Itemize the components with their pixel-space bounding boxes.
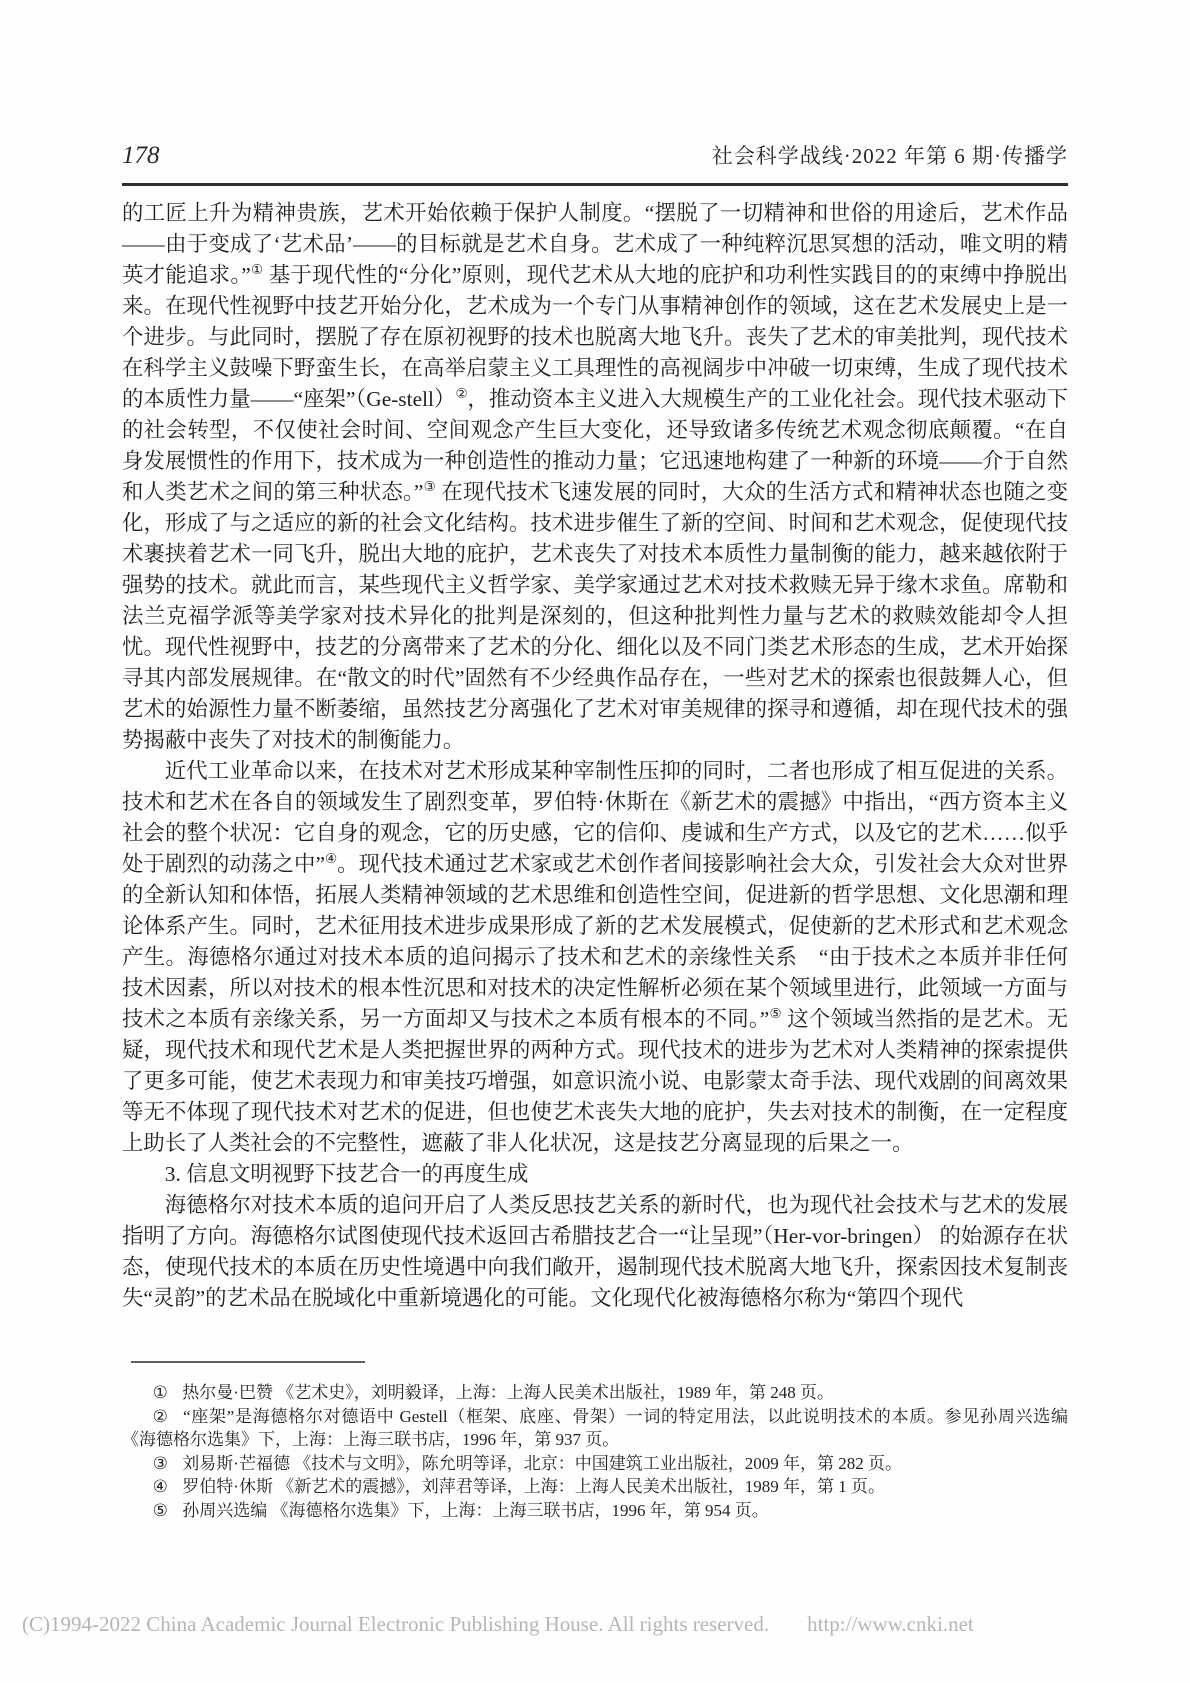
- page-header: 178 社会科学战线·2022 年第 6 期·传播学: [122, 140, 1068, 170]
- header-rule: [122, 183, 1068, 186]
- footnote-item: ②“座架”是海德格尔对德语中 Gestell（框架、底座、骨架）一词的特定用法，…: [122, 1405, 1068, 1452]
- article-body: 的工匠上升为精神贵族，艺术开始依赖于保护人制度。“摆脱了一切精神和世俗的用途后，…: [122, 198, 1068, 1314]
- footnotes-section: ①热尔曼·巴赞 《艺术史》，刘明毅译，上海：上海人民美术出版社，1989 年，第…: [122, 1381, 1068, 1522]
- watermark-copyright: (C)1994-2022 China Academic Journal Elec…: [22, 1612, 769, 1636]
- footnote-ref: ⑤: [769, 1006, 781, 1021]
- footnote-marker: ③: [153, 1454, 183, 1473]
- paragraph: 的工匠上升为精神贵族，艺术开始依赖于保护人制度。“摆脱了一切精神和世俗的用途后，…: [122, 198, 1068, 756]
- footnote-ref: ①: [251, 262, 263, 277]
- footnote-item: ③刘易斯·芒福德 《技术与文明》，陈允明等译，北京：中国建筑工业出版社，2009…: [122, 1452, 1068, 1476]
- footnote-item: ⑤孙周兴选编 《海德格尔选集》下，上海：上海三联书店，1996 年，第 954 …: [122, 1499, 1068, 1523]
- footnote-separator: [131, 1361, 365, 1363]
- footnote-ref: ②: [455, 386, 467, 401]
- paragraph: 海德格尔对技术本质的追问开启了人类反思技艺关系的新时代，也为现代社会技术与艺术的…: [122, 1190, 1068, 1314]
- footnote-ref: ③: [423, 479, 435, 494]
- journal-page: 178 社会科学战线·2022 年第 6 期·传播学 的工匠上升为精神贵族，艺术…: [0, 0, 1190, 1683]
- footnote-item: ①热尔曼·巴赞 《艺术史》，刘明毅译，上海：上海人民美术出版社，1989 年，第…: [122, 1381, 1068, 1405]
- footnote-marker: ②: [153, 1407, 183, 1426]
- footnote-text: 罗伯特·休斯 《新艺术的震撼》，刘萍君等译，上海：上海人民美术出版社，1989 …: [182, 1477, 885, 1496]
- footnote-marker: ④: [153, 1477, 183, 1496]
- journal-header-info: 社会科学战线·2022 年第 6 期·传播学: [712, 140, 1068, 170]
- watermark: (C)1994-2022 China Academic Journal Elec…: [22, 1612, 1082, 1637]
- watermark-url: http://www.cnki.net: [807, 1612, 974, 1636]
- footnote-text: 孙周兴选编 《海德格尔选集》下，上海：上海三联书店，1996 年，第 954 页…: [182, 1501, 769, 1520]
- footnote-text: “座架”是海德格尔对德语中 Gestell（框架、底座、骨架）一词的特定用法，以…: [122, 1407, 1068, 1450]
- footnote-marker: ⑤: [153, 1501, 183, 1520]
- section-heading: 3. 信息文明视野下技艺合一的再度生成: [122, 1159, 1068, 1190]
- paragraph: 近代工业革命以来，在技术对艺术形成某种宰制性压抑的同时，二者也形成了相互促进的关…: [122, 756, 1068, 1159]
- footnote-text: 热尔曼·巴赞 《艺术史》，刘明毅译，上海：上海人民美术出版社，1989 年，第 …: [182, 1383, 834, 1402]
- footnote-ref: ④: [325, 851, 337, 866]
- footnote-text: 刘易斯·芒福德 《技术与文明》，陈允明等译，北京：中国建筑工业出版社，2009 …: [182, 1454, 902, 1473]
- page-number: 178: [122, 142, 160, 170]
- footnote-marker: ①: [153, 1383, 183, 1402]
- footnote-item: ④罗伯特·休斯 《新艺术的震撼》，刘萍君等译，上海：上海人民美术出版社，1989…: [122, 1475, 1068, 1499]
